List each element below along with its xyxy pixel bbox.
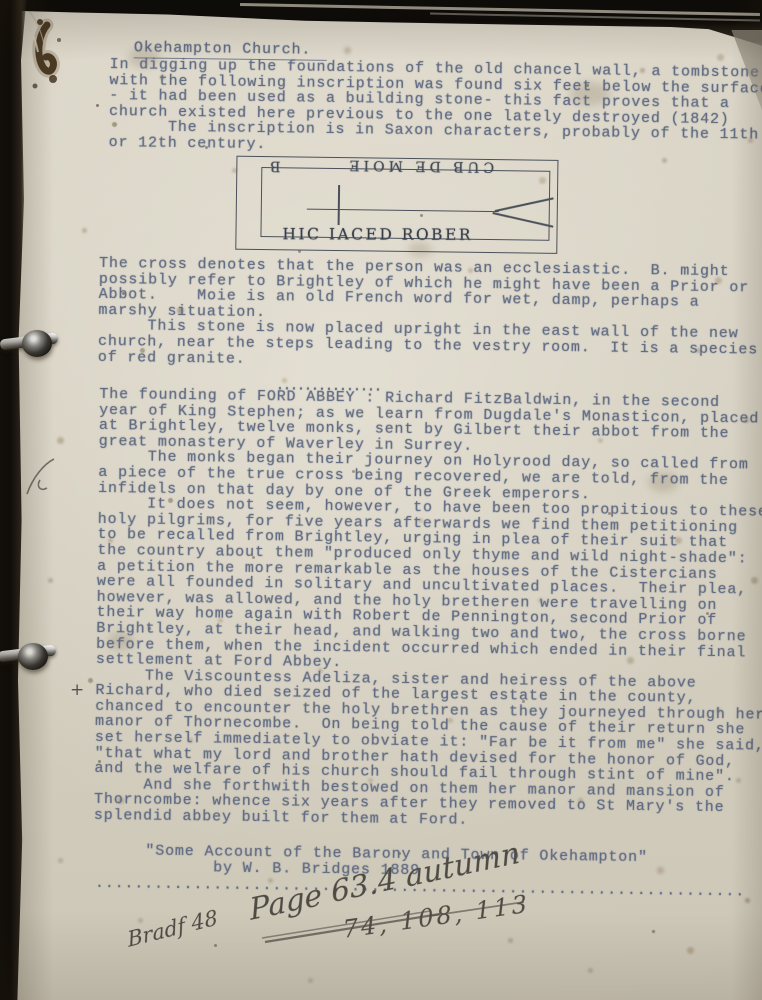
tombstone-inscription-diagram: CUB DE MOIE B HIC IACED ROBER [235, 156, 558, 254]
pencil-plus-mark: + [70, 680, 84, 700]
paragraph-cross-meaning: The cross denotes that the person was an… [98, 256, 759, 374]
typed-text-layer: Okehampton Church. In digging up the fou… [97, 40, 762, 919]
inscription-bottom-text: HIC IACED ROBER [282, 227, 473, 243]
inscription-upside-down-text: CUB DE MOIE [345, 156, 494, 174]
album-photo: Okehampton Church. In digging up the fou… [0, 0, 762, 1000]
binder-post-head [22, 330, 52, 357]
binder-post-head [18, 643, 48, 670]
paragraph-ford-abbey: The founding of FORD ABBEY : Richard Fit… [94, 387, 762, 832]
paragraph-church-foundations: In digging up the foundations of the old… [109, 57, 762, 159]
inscription-upside-down-letter: B [269, 157, 280, 173]
